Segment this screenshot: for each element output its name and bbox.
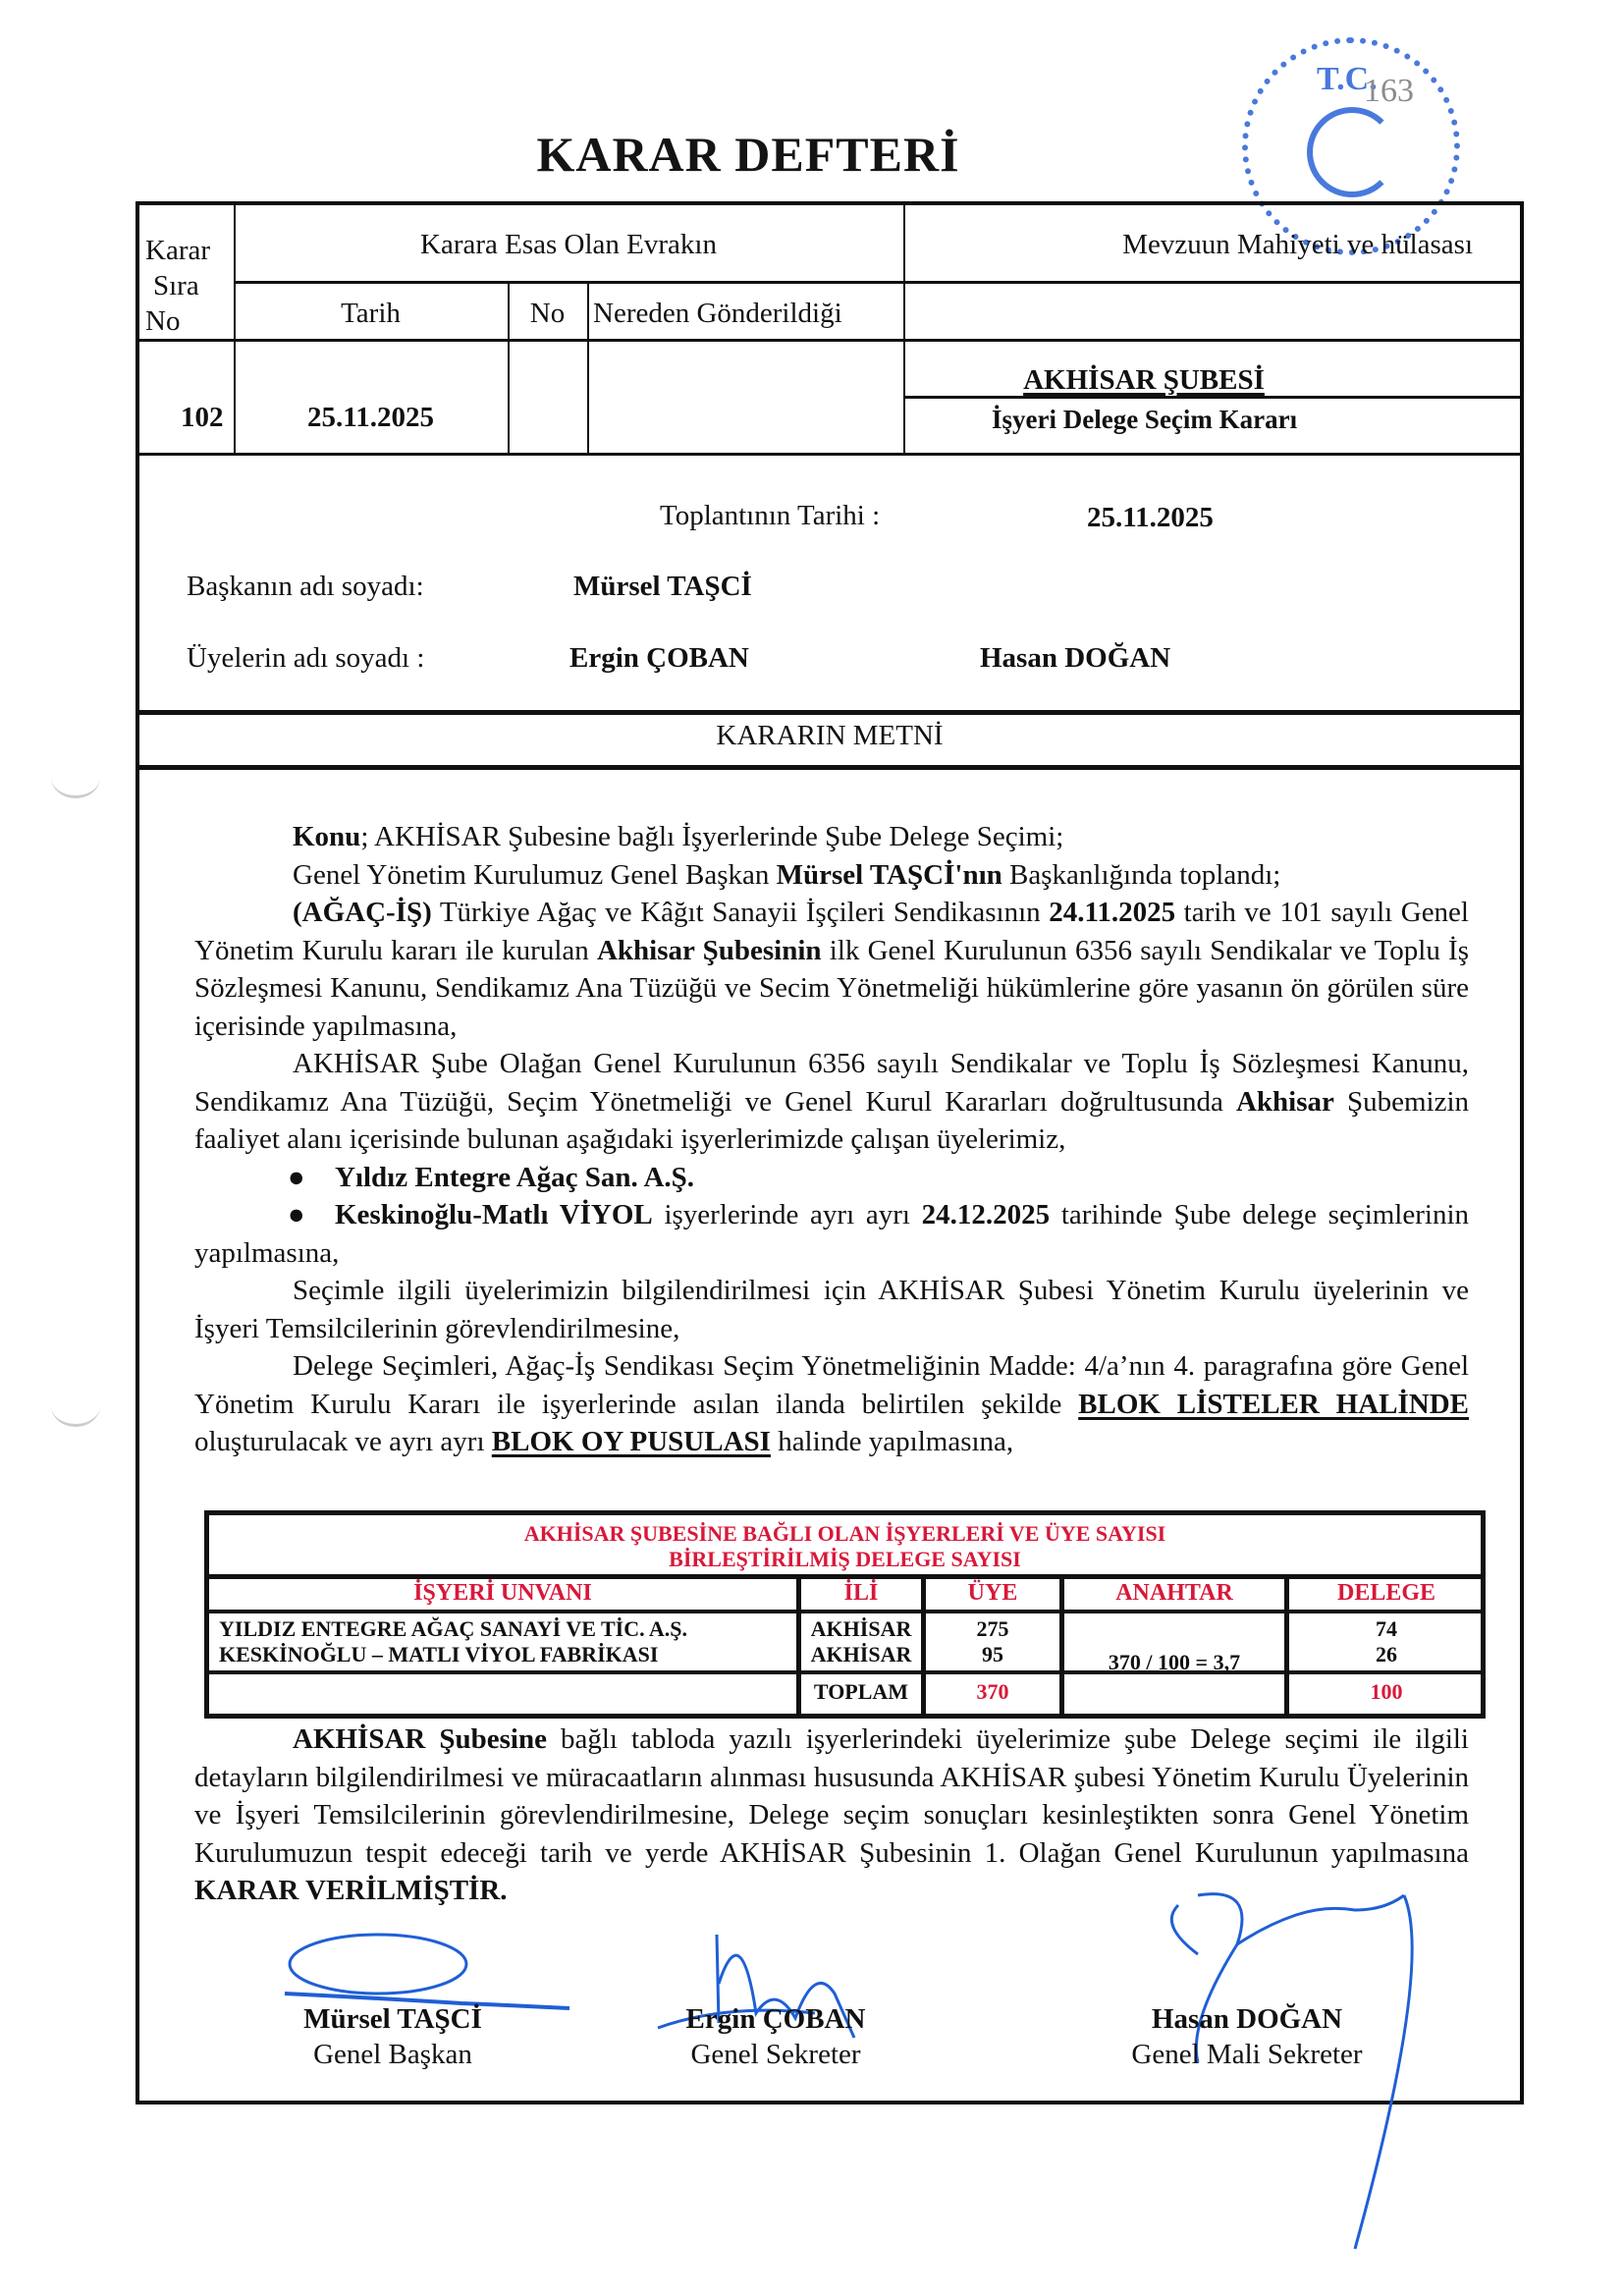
cell-uye: 95 [926,1641,1059,1668]
decision-text: Konu; AKHİSAR Şubesine bağlı İşyerlerind… [194,818,1469,1461]
total-uye: 370 [926,1678,1059,1706]
divider [139,339,1520,342]
cell-anahtar: 370 / 100 = 3,7 [1064,1649,1284,1676]
signatory-role: Genel Sekreter [648,2039,903,2071]
members-label: Üyelerin adı soyadı : [187,640,424,676]
text-bold: Mürsel TAŞCİ'nın [777,859,1002,891]
header-evrak: Karara Esas Olan Evrakın [234,227,903,262]
bullet-icon: ● [288,1159,335,1197]
header-no: No [508,296,587,331]
text: işyerlerinde ayrı ayrı [653,1199,922,1230]
text: Genel Yönetim Kurulumuz Genel Başkan [293,859,777,891]
col-header-delege: DELEGE [1289,1580,1484,1607]
text-bold-underlined: BLOK LİSTELER HALİNDE [1078,1389,1469,1420]
bullet-icon: ● [288,1196,335,1234]
paragraph-1: Genel Yönetim Kurulumuz Genel Başkan Mür… [194,856,1469,895]
signatory-name: Ergin ÇOBAN [648,2003,903,2036]
text-bold: AKHİSAR Şubesine [293,1723,547,1755]
text-bold: 24.12.2025 [922,1199,1051,1230]
cell-isyeri: KESKİNOĞLU – MATLI VİYOL FABRİKASI [219,1641,658,1668]
paragraph-konu: Konu; AKHİSAR Şubesine bağlı İşyerlerind… [194,818,1469,856]
header-label: No [145,303,230,339]
header-tarih: Tarih [234,296,508,331]
divider [209,1610,1481,1613]
tarih-value: 25.11.2025 [234,400,508,435]
cell-delege: 74 [1289,1615,1484,1643]
signatory-role: Genel Başkan [265,2039,520,2071]
header-label: Sıra [145,268,230,303]
text-bold: (AĞAÇ-İŞ) [293,897,432,928]
member-name: Hasan DOĞAN [980,640,1170,676]
divider [234,281,1520,284]
total-label: TOPLAM [801,1678,921,1706]
text: Başkanlığında toplandı; [1002,859,1281,891]
karar-no-value: 102 [181,400,240,435]
cell-il: AKHİSAR [801,1615,921,1643]
text-bold: Akhisar [1236,1086,1334,1118]
header-mevzu: Mevzuun Mahiyeti ve hülasası [903,227,1512,262]
text: Türkiye Ağaç ve Kâğıt Sanayii İşçileri S… [432,897,1049,928]
signatory-name: Mürsel TAŞCİ [265,2003,520,2036]
signatory-name: Hasan DOĞAN [1100,2003,1394,2036]
mevzu-line1: AKHİSAR ŞUBESİ [903,362,1512,398]
text: halinde yapılmasına, [771,1426,1013,1457]
cell-delege: 26 [1289,1641,1484,1668]
punch-hole [51,1385,100,1427]
bullet-item: ●Yıldız Entegre Ağaç San. A.Ş. [194,1159,1469,1197]
table-title-line1: AKHİSAR ŞUBESİNE BAĞLI OLAN İŞYERLERİ VE… [209,1521,1481,1547]
text-bold: Yıldız Entegre Ağaç San. A.Ş. [335,1162,694,1193]
member-name: Ergin ÇOBAN [569,640,749,676]
text-bold-underlined: BLOK OY PUSULASI [492,1426,771,1457]
col-header-il: İLİ [801,1580,921,1607]
bullet-item: ●Keskinoğlu-Matlı VİYOL işyerlerinde ayr… [194,1196,1469,1272]
text-bold: Keskinoğlu-Matlı VİYOL [335,1199,653,1230]
paragraph-4: Seçimle ilgili üyelerimizin bilgilendiri… [194,1272,1469,1347]
cell-il: AKHİSAR [801,1641,921,1668]
konu-label: Konu [293,821,360,852]
col-header-isyeri: İŞYERİ UNVANI [209,1580,796,1607]
text-bold: 24.11.2025 [1049,897,1175,928]
meeting-date-label: Toplantının Tarihi : [660,498,880,533]
section-title: KARARIN METNİ [139,718,1520,753]
cell-isyeri: YILDIZ ENTEGRE AĞAÇ SANAYİ VE TİC. A.Ş. [219,1615,687,1643]
divider [587,282,589,453]
paragraph-3: AKHİSAR Şube Olağan Genel Kurulunun 6356… [194,1045,1469,1159]
header-nereden: Nereden Gönderildiği [593,296,903,331]
divider [139,710,1520,715]
chair-name: Mürsel TAŞCİ [573,569,752,604]
divider [139,765,1520,770]
cell-uye: 275 [926,1615,1059,1643]
signatory-role: Genel Mali Sekreter [1100,2039,1394,2071]
delegate-table: AKHİSAR ŞUBESİNE BAĞLI OLAN İŞYERLERİ VE… [204,1510,1486,1719]
meeting-date-value: 25.11.2025 [1087,500,1214,535]
text: oluşturulacak ve ayrı ayrı [194,1426,492,1457]
punch-hole [51,756,100,798]
divider [209,1574,1481,1579]
chair-label: Başkanın adı soyadı: [187,569,424,604]
konu-text: ; AKHİSAR Şubesine bağlı İşyerlerinde Şu… [360,821,1063,852]
document-title: KARAR DEFTERİ [0,126,1624,183]
text-bold: KARAR VERİLMİŞTİR. [194,1875,508,1906]
page-number: 163 [1364,73,1414,110]
table-title-line2: BİRLEŞTİRİLMİŞ DELEGE SAYISI [209,1547,1481,1572]
divider [209,1670,1481,1674]
header-label: Mevzuun Mahiyeti ve hülasası [1122,227,1473,262]
mevzu-line2: İşyeri Delege Seçim Kararı [903,404,1512,437]
divider [139,453,1520,456]
header-karar-sira-no: Karar Sıra No [145,233,230,339]
header-label: Karar [145,233,230,268]
col-header-uye: ÜYE [926,1580,1059,1607]
text-bold: Akhisar Şubesinin [597,935,822,966]
total-delege: 100 [1289,1678,1484,1706]
paragraph-5: Delege Seçimleri, Ağaç-İş Sendikası Seçi… [194,1347,1469,1461]
paragraph-2: (AĞAÇ-İŞ) Türkiye Ağaç ve Kâğıt Sanayii … [194,894,1469,1045]
col-header-anahtar: ANAHTAR [1064,1580,1284,1607]
